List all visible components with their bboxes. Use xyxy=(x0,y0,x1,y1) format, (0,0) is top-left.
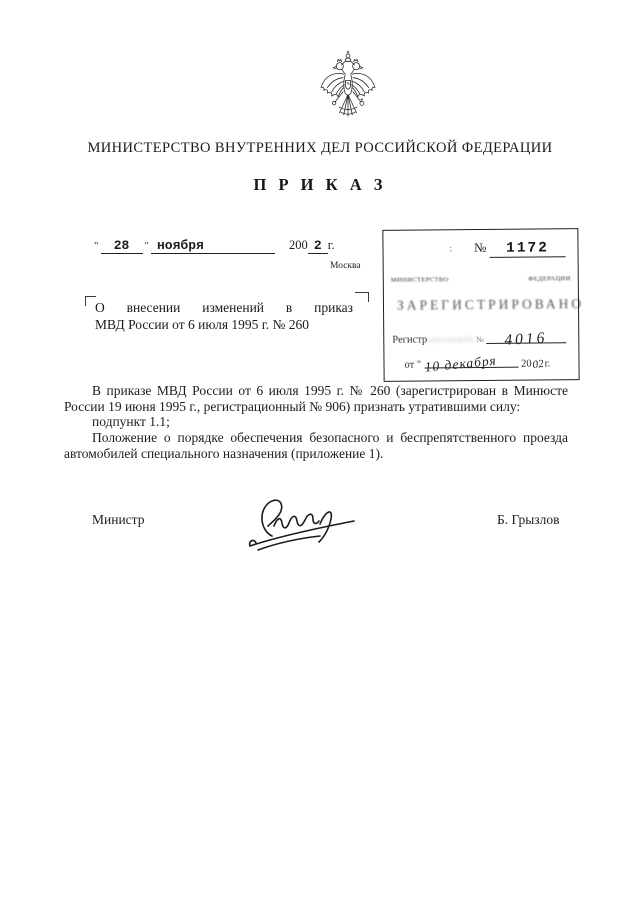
stamp-number-value: 1172 xyxy=(506,240,549,256)
ministry-title: МИНИСТЕРСТВО ВНУТРЕННИХ ДЕЛ РОССИЙСКОЙ Ф… xyxy=(0,140,640,157)
stamp-number-sign: № xyxy=(474,240,487,256)
year-prefix: 200 xyxy=(289,238,308,253)
subject-block: О внесении изменений в приказ МВД России… xyxy=(95,299,353,333)
subject-line-1: О внесении изменений в приказ xyxy=(95,299,353,316)
bracket-top-right xyxy=(355,292,369,302)
stamp-stray-mark: : xyxy=(449,243,452,253)
year-suffix: г. xyxy=(328,238,335,253)
stamp-number-line: № 1172 xyxy=(474,238,566,258)
stamp-year-suffix: г. xyxy=(545,358,551,369)
document-type-heading: П Р И К А З xyxy=(0,175,640,195)
close-quote: " xyxy=(145,240,150,252)
stamp-reg-no-sign: № xyxy=(476,335,484,344)
body-paragraph-3: Положение о порядке обеспечения безопасн… xyxy=(64,430,568,461)
signer-name: Б. Грызлов xyxy=(497,512,559,528)
city-label: Москва xyxy=(330,261,361,271)
signature-icon xyxy=(246,490,376,554)
date-day: 28 xyxy=(114,238,130,253)
stamp-ministry-right: ФЕДЕРАЦИИ xyxy=(528,275,571,282)
stamp-date-handwritten: 10 декабря xyxy=(424,353,497,376)
registration-stamp: : № 1172 МИНИСТЕРСТВО ФЕДЕРАЦИИ ЗАРЕГИСТ… xyxy=(382,228,579,382)
stamp-ministry-left: МИНИСТЕРСТВО xyxy=(391,276,449,284)
stamp-year-prefix: 20 xyxy=(521,359,532,370)
stamp-date-line: от " 10 декабря 20 02 г. xyxy=(404,353,570,370)
stamp-ministry-line: МИНИСТЕРСТВО ФЕДЕРАЦИИ xyxy=(391,275,571,284)
body-paragraph-1: В приказе МВД России от 6 июля 1995 г. №… xyxy=(64,383,568,414)
stamp-reg-value-handwritten: 4016 xyxy=(504,329,548,350)
bracket-top-left xyxy=(85,296,96,306)
stamp-from-label: от " xyxy=(404,360,421,371)
stamp-year-handwritten: 02 xyxy=(532,358,545,371)
scanned-order-document: МИНИСТЕРСТВО ВНУТРЕННИХ ДЕЛ РОССИЙСКОЙ Ф… xyxy=(0,0,640,905)
stamp-reg-label-faded: ационный xyxy=(427,334,472,345)
subject-line-2: МВД России от 6 июля 1995 г. № 260 xyxy=(95,316,353,333)
stamp-registration-number-line: Регистр ационный № 4016 xyxy=(392,328,566,346)
open-quote: " xyxy=(94,240,99,252)
signer-role: Министр xyxy=(92,512,144,528)
double-headed-eagle-emblem-icon xyxy=(316,50,380,130)
date-line: " 28 " ноября 200 2 г. xyxy=(92,238,335,254)
stamp-registered-label: ЗАРЕГИСТРИРОВАНО xyxy=(397,296,584,314)
order-body: В приказе МВД России от 6 июля 1995 г. №… xyxy=(64,383,568,462)
body-paragraph-2: подпункт 1.1; xyxy=(64,414,568,430)
stamp-reg-label: Регистр xyxy=(392,334,427,345)
date-month: ноября xyxy=(157,238,204,253)
year-digit: 2 xyxy=(314,238,322,253)
